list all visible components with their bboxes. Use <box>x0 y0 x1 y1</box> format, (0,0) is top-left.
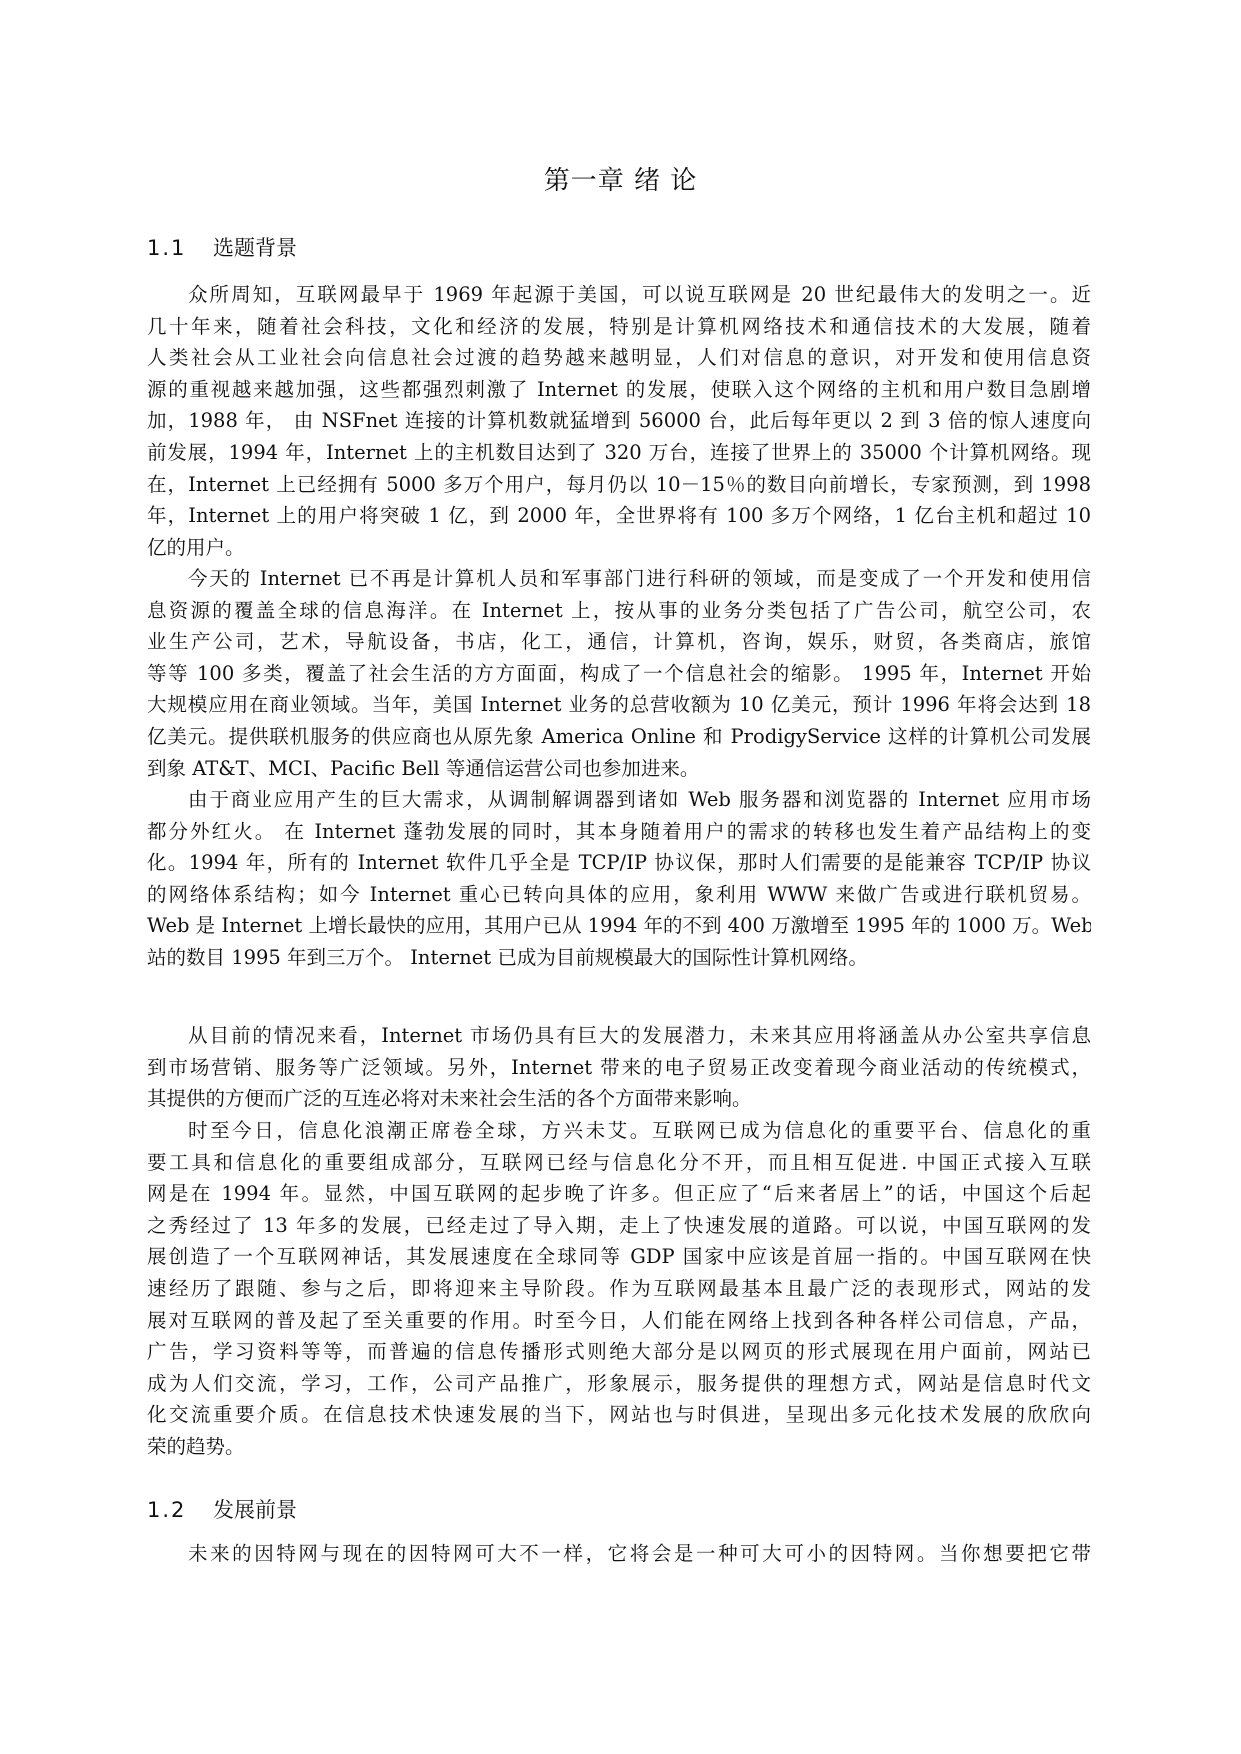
text-line: 其提供的方便而广泛的互连必将对未来社会生活的各个方面带来影响。 <box>147 1083 1091 1115</box>
text-line: 今天的 Internet 已不再是计算机人员和军事部门进行科研的领域，而是变成了… <box>147 563 1091 595</box>
section-title: 选题背景 <box>213 236 297 260</box>
text-line: 业生产公司，艺术，导航设备，书店，化工，通信，计算机，咨询，娱乐，财贸，各类商店… <box>147 626 1091 658</box>
text-line: 年，Internet 上的用户将突破 1 亿，到 2000 年，全世界将有 10… <box>147 500 1091 532</box>
text-line: 在，Internet 上已经拥有 5000 多万个用户，每月仍以 10－15％的… <box>147 469 1091 501</box>
chapter-title: 第一章 绪 论 <box>0 160 1241 197</box>
text-line: 未来的因特网与现在的因特网可大不一样，它将会是一种可大可小的因特网。当你想要把它… <box>147 1538 1091 1570</box>
text-line: 等等 100 多类，覆盖了社会生活的方方面面，构成了一个信息社会的缩影。 199… <box>147 658 1091 690</box>
text-line: 由于商业应用产生的巨大需求，从调制解调器到诸如 Web 服务器和浏览器的 Int… <box>147 784 1091 816</box>
paragraph-5: 时至今日，信息化浪潮正席卷全球，方兴未艾。互联网已成为信息化的重要平台、信息化的… <box>147 1115 1091 1463</box>
text-line: 亿的用户。 <box>147 532 1091 564</box>
text-line: 速经历了跟随、参与之后，即将迎来主导阶段。作为互联网最基本且最广泛的表现形式，网… <box>147 1273 1091 1305</box>
paragraph-4: 从目前的情况来看，Internet 市场仍具有巨大的发展潜力，未来其应用将涵盖从… <box>147 1020 1091 1115</box>
text-line: 源的重视越来越加强，这些都强烈刺激了 Internet 的发展，使联入这个网络的… <box>147 374 1091 406</box>
text-line: 广告，学习资料等等，而普遍的信息传播形式则绝大部分是以网页的形式展现在用户面前，… <box>147 1336 1091 1368</box>
text-line: Web 是 Internet 上增长最快的应用，其用户已从 1994 年的不到 … <box>147 910 1091 942</box>
text-line: 息资源的覆盖全球的信息海洋。在 Internet 上，按从事的业务分类包括了广告… <box>147 595 1091 627</box>
text-line: 前发展，1994 年，Internet 上的主机数目达到了 320 万台，连接了… <box>147 437 1091 469</box>
section-heading-1-1: 1.1选题背景 <box>147 232 297 262</box>
paragraph-6: 未来的因特网与现在的因特网可大不一样，它将会是一种可大可小的因特网。当你想要把它… <box>147 1538 1091 1570</box>
section-number: 1.1 <box>147 236 213 260</box>
text-line: 众所周知，互联网最早于 1969 年起源于美国，可以说互联网是 20 世纪最伟大… <box>147 279 1091 311</box>
text-line: 展创造了一个互联网神话，其发展速度在全球同等 GDP 国家中应该是首屈一指的。中… <box>147 1241 1091 1273</box>
text-line: 到市场营销、服务等广泛领域。另外，Internet 带来的电子贸易正改变着现今商… <box>147 1052 1091 1084</box>
text-line: 人类社会从工业社会向信息社会过渡的趋势越来越明显，人们对信息的意识，对开发和使用… <box>147 342 1091 374</box>
text-line: 荣的趋势。 <box>147 1431 1091 1463</box>
paragraph-2: 今天的 Internet 已不再是计算机人员和军事部门进行科研的领域，而是变成了… <box>147 563 1091 784</box>
text-line: 之秀经过了 13 年多的发展，已经走过了导入期，走上了快速发展的道路。可以说，中… <box>147 1210 1091 1242</box>
section-number: 1.2 <box>147 1498 213 1522</box>
section-title: 发展前景 <box>213 1498 297 1522</box>
section-heading-1-2: 1.2发展前景 <box>147 1494 297 1524</box>
text-line: 化。1994 年，所有的 Internet 软件几乎全是 TCP/IP 协议保，… <box>147 847 1091 879</box>
text-line: 时至今日，信息化浪潮正席卷全球，方兴未艾。互联网已成为信息化的重要平台、信息化的… <box>147 1115 1091 1147</box>
text-line: 成为人们交流，学习，工作，公司产品推广，形象展示，服务提供的理想方式，网站是信息… <box>147 1368 1091 1400</box>
document-page: 第一章 绪 论 1.1选题背景 众所周知，互联网最早于 1969 年起源于美国，… <box>0 0 1241 1754</box>
text-line: 网是在 1994 年。显然，中国互联网的起步晚了许多。但正应了“后来者居上”的话… <box>147 1178 1091 1210</box>
text-line: 都分外红火。 在 Internet 蓬勃发展的同时，其本身随着用户的需求的转移也… <box>147 816 1091 848</box>
text-line: 化交流重要介质。在信息技术快速发展的当下，网站也与时俱进，呈现出多元化技术发展的… <box>147 1399 1091 1431</box>
text-line: 加，1988 年， 由 NSFnet 连接的计算机数就猛增到 56000 台，此… <box>147 405 1091 437</box>
text-line: 要工具和信息化的重要组成部分，互联网已经与信息化分不开，而且相互促进. 中国正式… <box>147 1147 1091 1179</box>
text-line: 亿美元。提供联机服务的供应商也从原先象 America Online 和 Pro… <box>147 721 1091 753</box>
text-line: 展对互联网的普及起了至关重要的作用。时至今日，人们能在网络上找到各种各样公司信息… <box>147 1305 1091 1337</box>
text-line: 大规模应用在商业领域。当年，美国 Internet 业务的总营收额为 10 亿美… <box>147 689 1091 721</box>
text-line: 的网络体系结构；如今 Internet 重心已转向具体的应用，象利用 WWW 来… <box>147 879 1091 911</box>
paragraph-1: 众所周知，互联网最早于 1969 年起源于美国，可以说互联网是 20 世纪最伟大… <box>147 279 1091 563</box>
text-line: 到象 AT&T、MCI、Pacific Bell 等通信运营公司也参加进来。 <box>147 753 1091 785</box>
text-line: 从目前的情况来看，Internet 市场仍具有巨大的发展潜力，未来其应用将涵盖从… <box>147 1020 1091 1052</box>
text-line: 几十年来，随着社会科技，文化和经济的发展，特别是计算机网络技术和通信技术的大发展… <box>147 311 1091 343</box>
text-line: 站的数目 1995 年到三万个。 Internet 已成为目前规模最大的国际性计… <box>147 942 1091 974</box>
paragraph-3: 由于商业应用产生的巨大需求，从调制解调器到诸如 Web 服务器和浏览器的 Int… <box>147 784 1091 974</box>
